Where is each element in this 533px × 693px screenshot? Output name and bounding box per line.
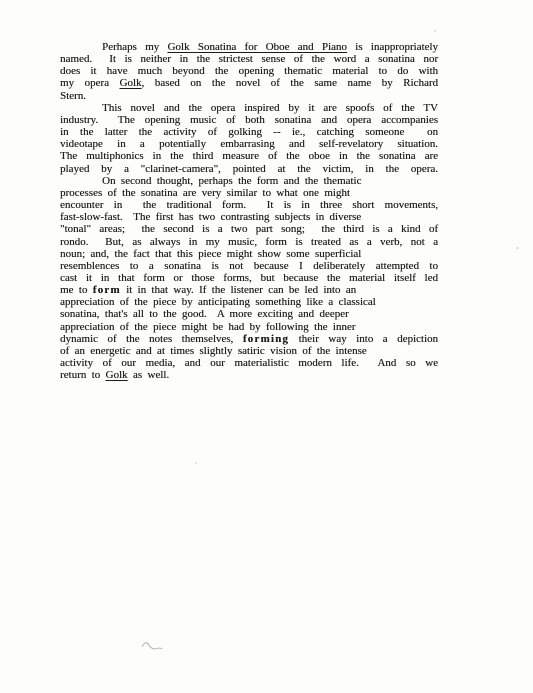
text-segment: return to	[60, 369, 106, 381]
text-segment: Perhaps my	[102, 41, 167, 53]
text-line: videotape in a potentially embarrasing a…	[60, 138, 438, 150]
emphasized-word: forming	[243, 333, 289, 345]
text-segment: This novel and the opera inspired by it …	[102, 102, 438, 114]
text-segment: processes of the sonatina are very simil…	[60, 187, 350, 199]
paragraph-1: Perhaps my Golk Sonatina for Oboe and Pi…	[60, 41, 438, 102]
text-line: Stern.	[60, 90, 438, 102]
text-segment: activity of our media, and our materiali…	[60, 357, 438, 369]
scan-speckle	[195, 462, 197, 464]
text-segment: rondo. But, as always in my music, form …	[60, 236, 438, 248]
text-segment: my opera	[60, 77, 119, 89]
text-line: fast-slow-fast. The first has two contra…	[60, 211, 438, 223]
text-segment: appreciation of the piece by anticipatin…	[60, 296, 376, 308]
text-segment: appreciation of the piece might be had b…	[60, 321, 355, 333]
text-line: resemblences to a sonatina is not becaus…	[60, 260, 438, 272]
text-line: sonatina, that's all to the good. A more…	[60, 308, 438, 320]
text-segment: On second thought, perhaps the form and …	[102, 175, 361, 187]
text-segment: industry. The opening music of both sona…	[60, 114, 438, 126]
underlined-title-text: Golk	[106, 369, 128, 381]
text-segment: named. It is neither in the strictest se…	[60, 53, 438, 65]
emphasized-word: form	[93, 284, 121, 296]
text-line: named. It is neither in the strictest se…	[60, 53, 438, 65]
underlined-title-text: Golk Sonatina for Oboe and Piano	[167, 41, 346, 53]
paragraph-3: On second thought, perhaps the form and …	[60, 175, 438, 382]
text-line: cast it in that form or those forms, but…	[60, 272, 438, 284]
text-line: me to form it in that way. If the listen…	[60, 284, 438, 296]
text-segment: cast it in that form or those forms, but…	[60, 272, 438, 284]
text-line: appreciation of the piece by anticipatin…	[60, 296, 438, 308]
text-line: Perhaps my Golk Sonatina for Oboe and Pi…	[60, 41, 438, 53]
text-segment: Stern.	[60, 90, 86, 102]
text-line: does it have much beyond the opening the…	[60, 65, 438, 77]
text-segment: videotape in a potentially embarrasing a…	[60, 138, 438, 150]
text-segment: does it have much beyond the opening the…	[60, 65, 438, 77]
text-segment: encounter in the traditional form. It is…	[60, 199, 438, 211]
text-segment: it in that way. If the listener can be l…	[121, 284, 356, 296]
text-segment: me to	[60, 284, 93, 296]
text-segment: is inappropriately	[347, 41, 438, 53]
text-line: appreciation of the piece might be had b…	[60, 321, 438, 333]
text-segment: "tonal" areas; the second is a two part …	[60, 223, 438, 235]
text-line: The multiphonics in the third measure of…	[60, 150, 438, 162]
paragraph-2: This novel and the opera inspired by it …	[60, 102, 438, 175]
text-segment: fast-slow-fast. The first has two contra…	[60, 211, 361, 223]
document-text: Perhaps my Golk Sonatina for Oboe and Pi…	[60, 41, 438, 381]
text-segment: as well.	[128, 369, 170, 381]
text-line: rondo. But, as always in my music, form …	[60, 236, 438, 248]
text-segment: noun; and, the fact that this piece migh…	[60, 248, 361, 260]
page: Perhaps my Golk Sonatina for Oboe and Pi…	[0, 0, 533, 693]
text-line: This novel and the opera inspired by it …	[60, 102, 438, 114]
underlined-title-text: Golk	[119, 77, 141, 89]
text-line: return to Golk as well.	[60, 369, 438, 381]
text-line: processes of the sonatina are very simil…	[60, 187, 438, 199]
text-line: in the latter the activity of golking --…	[60, 126, 438, 138]
text-line: noun; and, the fact that this piece migh…	[60, 248, 438, 260]
text-line: "tonal" areas; the second is a two part …	[60, 223, 438, 235]
text-segment: , based on the novel of the same name by…	[141, 77, 438, 89]
text-segment: The multiphonics in the third measure of…	[60, 150, 438, 162]
scan-speckle	[434, 30, 436, 32]
text-segment: sonatina, that's all to the good. A more…	[60, 308, 349, 320]
text-line: played by a "clarinet-camera", pointed a…	[60, 163, 438, 175]
text-line: of an energetic and at times slightly sa…	[60, 345, 438, 357]
text-line: On second thought, perhaps the form and …	[60, 175, 438, 187]
text-line: activity of our media, and our materiali…	[60, 357, 438, 369]
pencil-mark	[141, 640, 163, 652]
text-segment: in the latter the activity of golking --…	[60, 126, 438, 138]
scan-speckle	[516, 247, 519, 249]
text-line: industry. The opening music of both sona…	[60, 114, 438, 126]
text-segment: dynamic of the notes themselves,	[60, 333, 243, 345]
text-line: my opera Golk, based on the novel of the…	[60, 77, 438, 89]
text-line: dynamic of the notes themselves, forming…	[60, 333, 438, 345]
text-segment: of an energetic and at times slightly sa…	[60, 345, 367, 357]
text-line: encounter in the traditional form. It is…	[60, 199, 438, 211]
text-segment: resemblences to a sonatina is not becaus…	[60, 260, 438, 272]
text-segment: played by a "clarinet-camera", pointed a…	[60, 163, 438, 175]
text-segment: their way into a depiction	[289, 333, 438, 345]
